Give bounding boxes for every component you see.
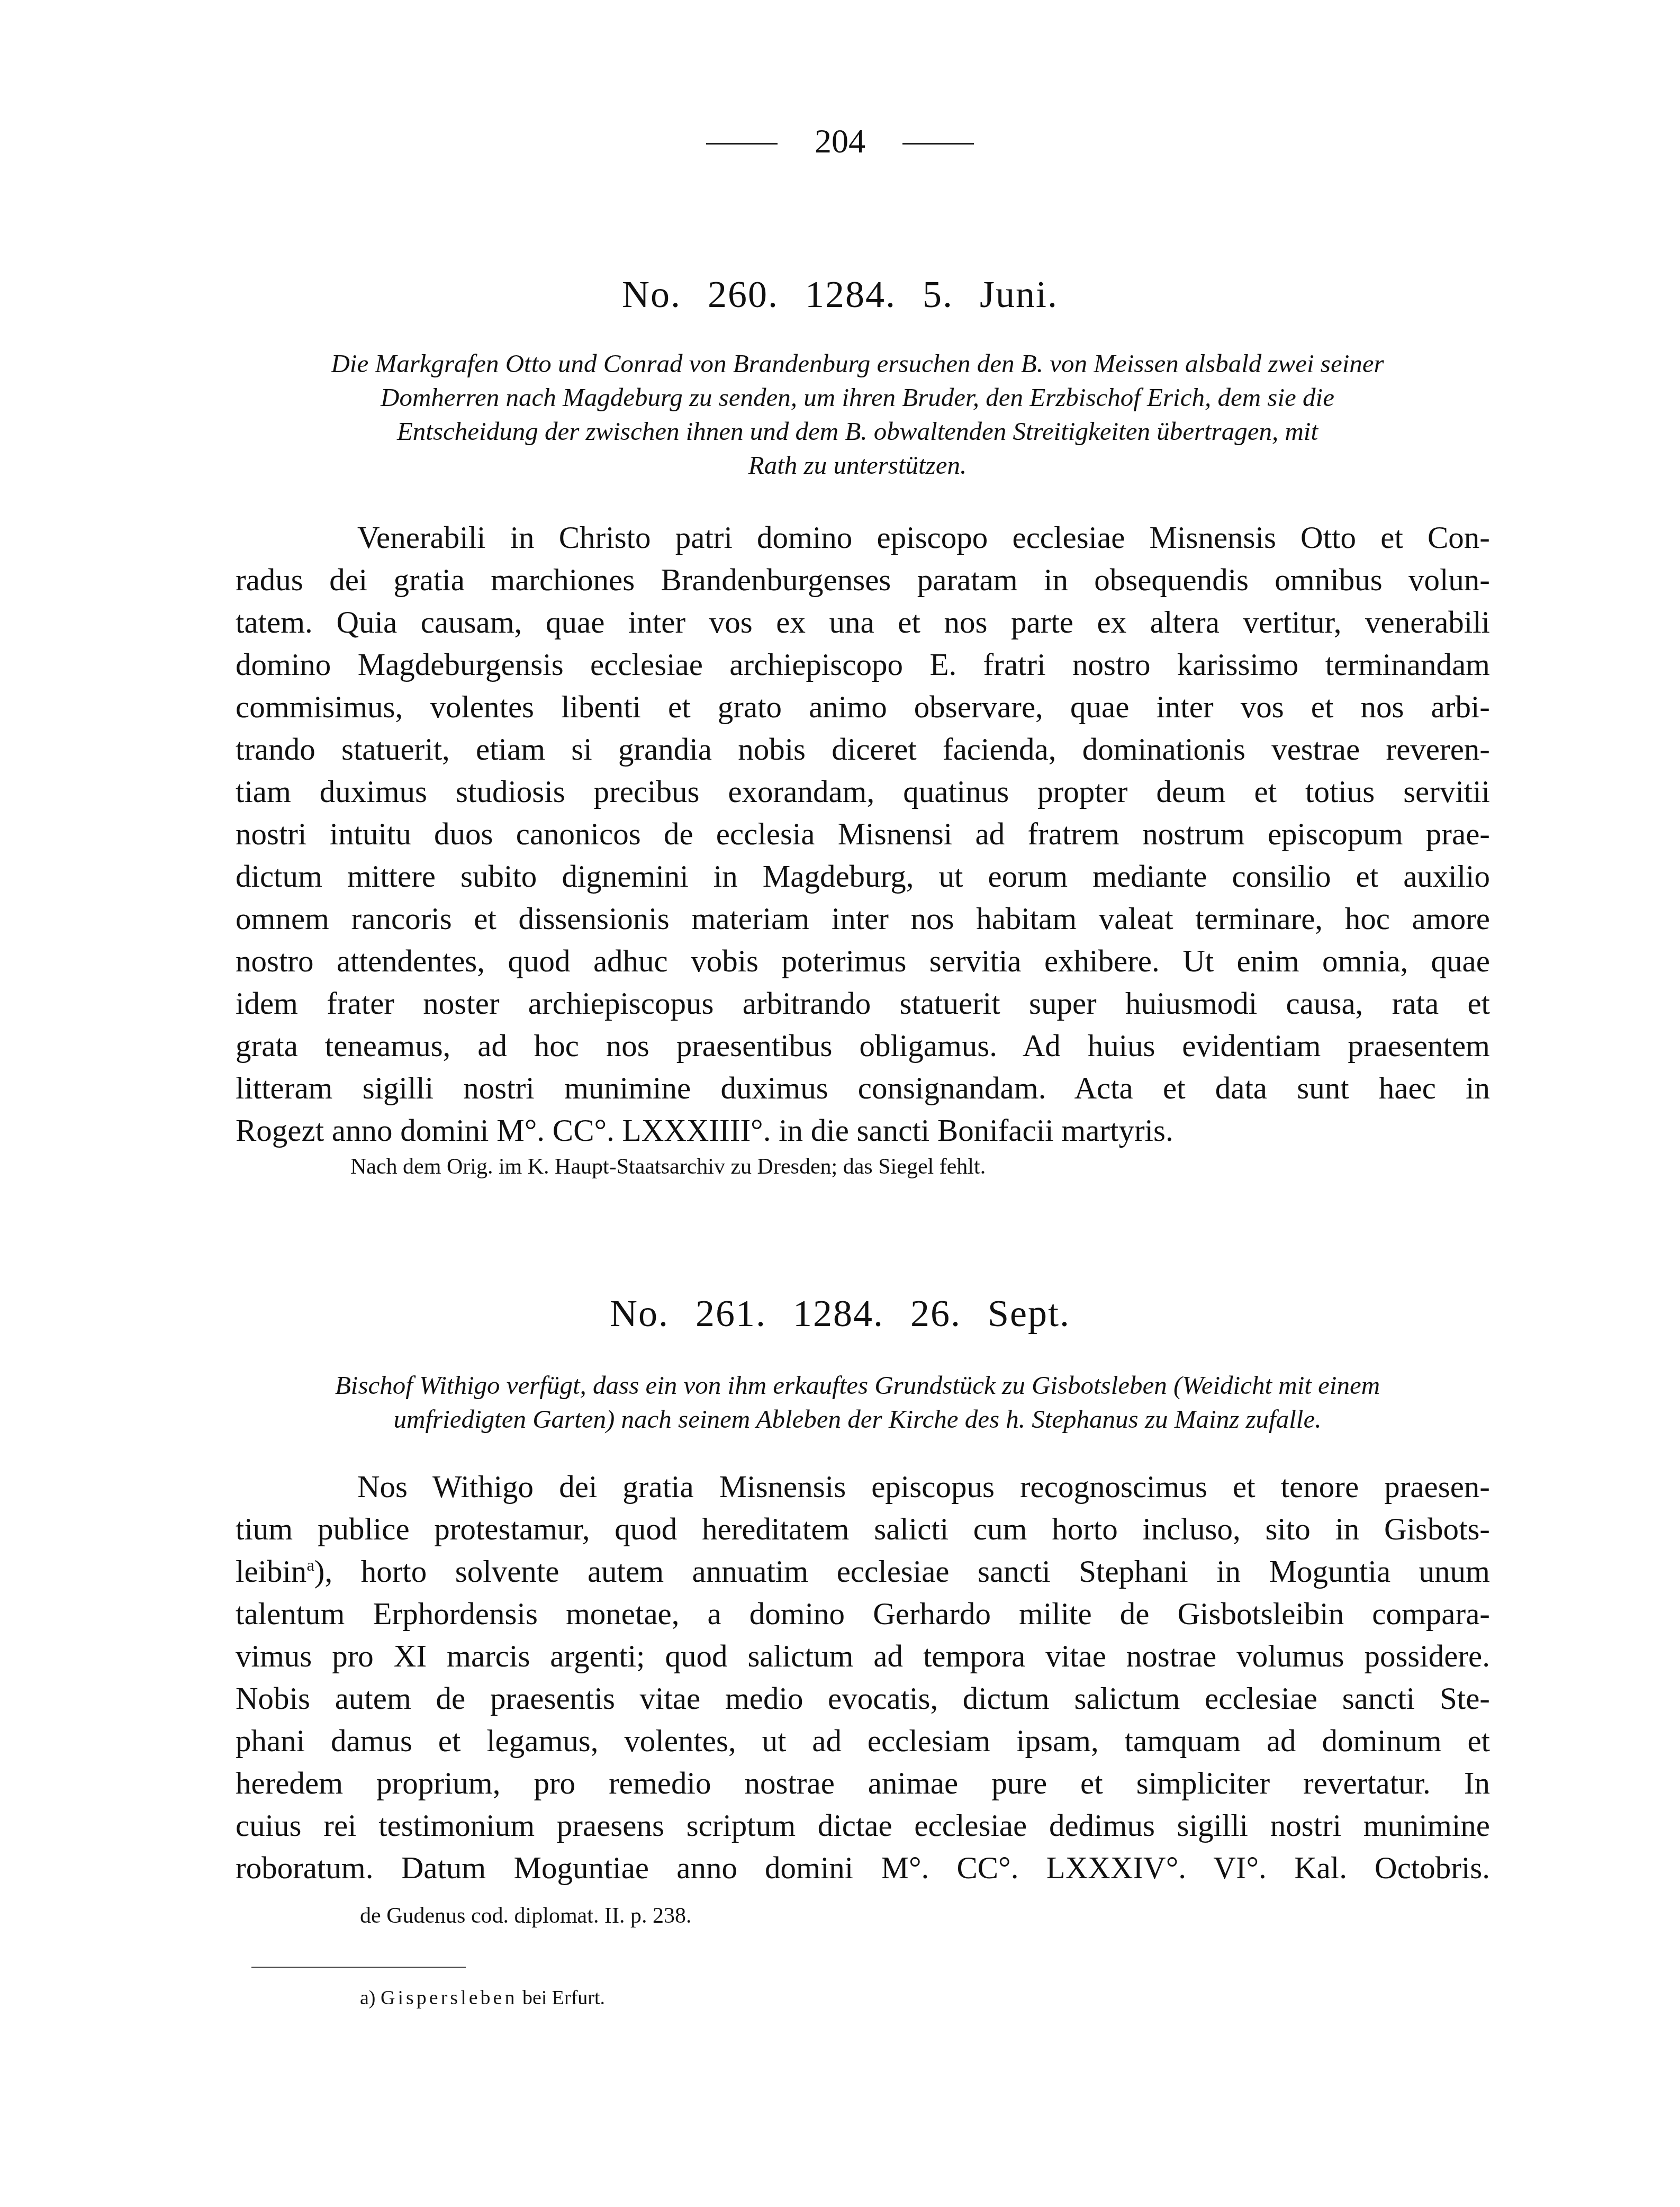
document-261-heading: No. 261. 1284. 26. Sept.: [0, 1292, 1680, 1336]
body-line: Nobis autem de praesentis vitae medio ev…: [236, 1677, 1490, 1719]
body-line: radus dei gratia marchiones Brandenburge…: [236, 558, 1490, 601]
body-line: tiam duximus studiosis precibus exoranda…: [236, 770, 1490, 813]
footnote-place-name: Gispersleben: [381, 1987, 517, 2009]
body-line: nostri intuitu duos canonicos de ecclesi…: [236, 813, 1490, 855]
header-rule-right: [902, 143, 974, 145]
body-line: vimus pro XI marcis argenti; quod salict…: [236, 1635, 1490, 1677]
body-line-start: leibin: [236, 1554, 306, 1589]
body-line: tium publice protestamur, quod hereditat…: [236, 1508, 1490, 1550]
body-line: idem frater noster archiepiscopus arbitr…: [236, 982, 1490, 1024]
body-line: omnem rancoris et dissensionis materiam …: [236, 897, 1490, 940]
regest-line: Entscheidung der zwischen ihnen und dem …: [228, 415, 1487, 448]
page-number: 204: [815, 122, 865, 161]
body-line: roboratum. Datum Moguntiae anno domini M…: [236, 1846, 1490, 1889]
document-260-regest: Die Markgrafen Otto und Conrad von Brand…: [228, 347, 1487, 482]
body-line: cuius rei testimonium praesens scriptum …: [236, 1804, 1490, 1846]
footnote-rule: [251, 1967, 466, 1968]
footnote-reference-a: a: [306, 1556, 314, 1575]
footnote-rest: bei Erfurt.: [517, 1987, 605, 2009]
document-261-body: Nos Withigo dei gratia Misnensis episcop…: [236, 1465, 1490, 1889]
body-line: tatem. Quia causam, quae inter vos ex un…: [236, 601, 1490, 643]
body-line: Nos Withigo dei gratia Misnensis episcop…: [236, 1465, 1490, 1508]
regest-line: Bischof Withigo verfügt, dass ein von ih…: [228, 1368, 1487, 1402]
body-line: grata teneamus, ad hoc nos praesentibus …: [236, 1024, 1490, 1067]
document-261-regest: Bischof Withigo verfügt, dass ein von ih…: [228, 1368, 1487, 1436]
body-line-rest: ), horto solvente autem annuatim ecclesi…: [314, 1554, 1490, 1589]
body-line: trando statuerit, etiam si grandia nobis…: [236, 728, 1490, 770]
footnote-marker: a): [360, 1987, 376, 2009]
footnote-a: a) Gispersleben bei Erfurt.: [360, 1986, 605, 2010]
body-line: dictum mittere subito dignemini in Magde…: [236, 855, 1490, 897]
regest-line: Die Markgrafen Otto und Conrad von Brand…: [228, 347, 1487, 381]
body-line: nostro attendentes, quod adhuc vobis pot…: [236, 940, 1490, 982]
body-line: Rogezt anno domini M°. CC°. LXXXIIII°. i…: [236, 1109, 1490, 1151]
body-line: domino Magdeburgensis ecclesiae archiepi…: [236, 643, 1490, 686]
document-261-source-note: de Gudenus cod. diplomat. II. p. 238.: [360, 1903, 691, 1929]
header-rule-left: [706, 143, 778, 145]
document-260-source-note: Nach dem Orig. im K. Haupt-Staatsarchiv …: [350, 1154, 986, 1179]
regest-line: Rath zu unterstützen.: [228, 448, 1487, 482]
regest-line: Domherren nach Magdeburg zu senden, um i…: [228, 381, 1487, 415]
body-line: heredem proprium, pro remedio nostrae an…: [236, 1762, 1490, 1804]
body-line: litteram sigilli nostri munimine duximus…: [236, 1067, 1490, 1109]
body-line-with-footnote-ref: leibina), horto solvente autem annuatim …: [236, 1550, 1490, 1592]
body-line: Venerabili in Christo patri domino episc…: [236, 516, 1490, 558]
regest-line: umfriedigten Garten) nach seinem Ableben…: [228, 1402, 1487, 1436]
body-line: commisimus, volentes libenti et grato an…: [236, 686, 1490, 728]
body-line: talentum Erphordensis monetae, a domino …: [236, 1592, 1490, 1635]
page-header: 204: [0, 122, 1680, 161]
document-260-heading: No. 260. 1284. 5. Juni.: [0, 273, 1680, 317]
body-line: phani damus et legamus, volentes, ut ad …: [236, 1719, 1490, 1762]
document-260-body: Venerabili in Christo patri domino episc…: [236, 516, 1490, 1151]
